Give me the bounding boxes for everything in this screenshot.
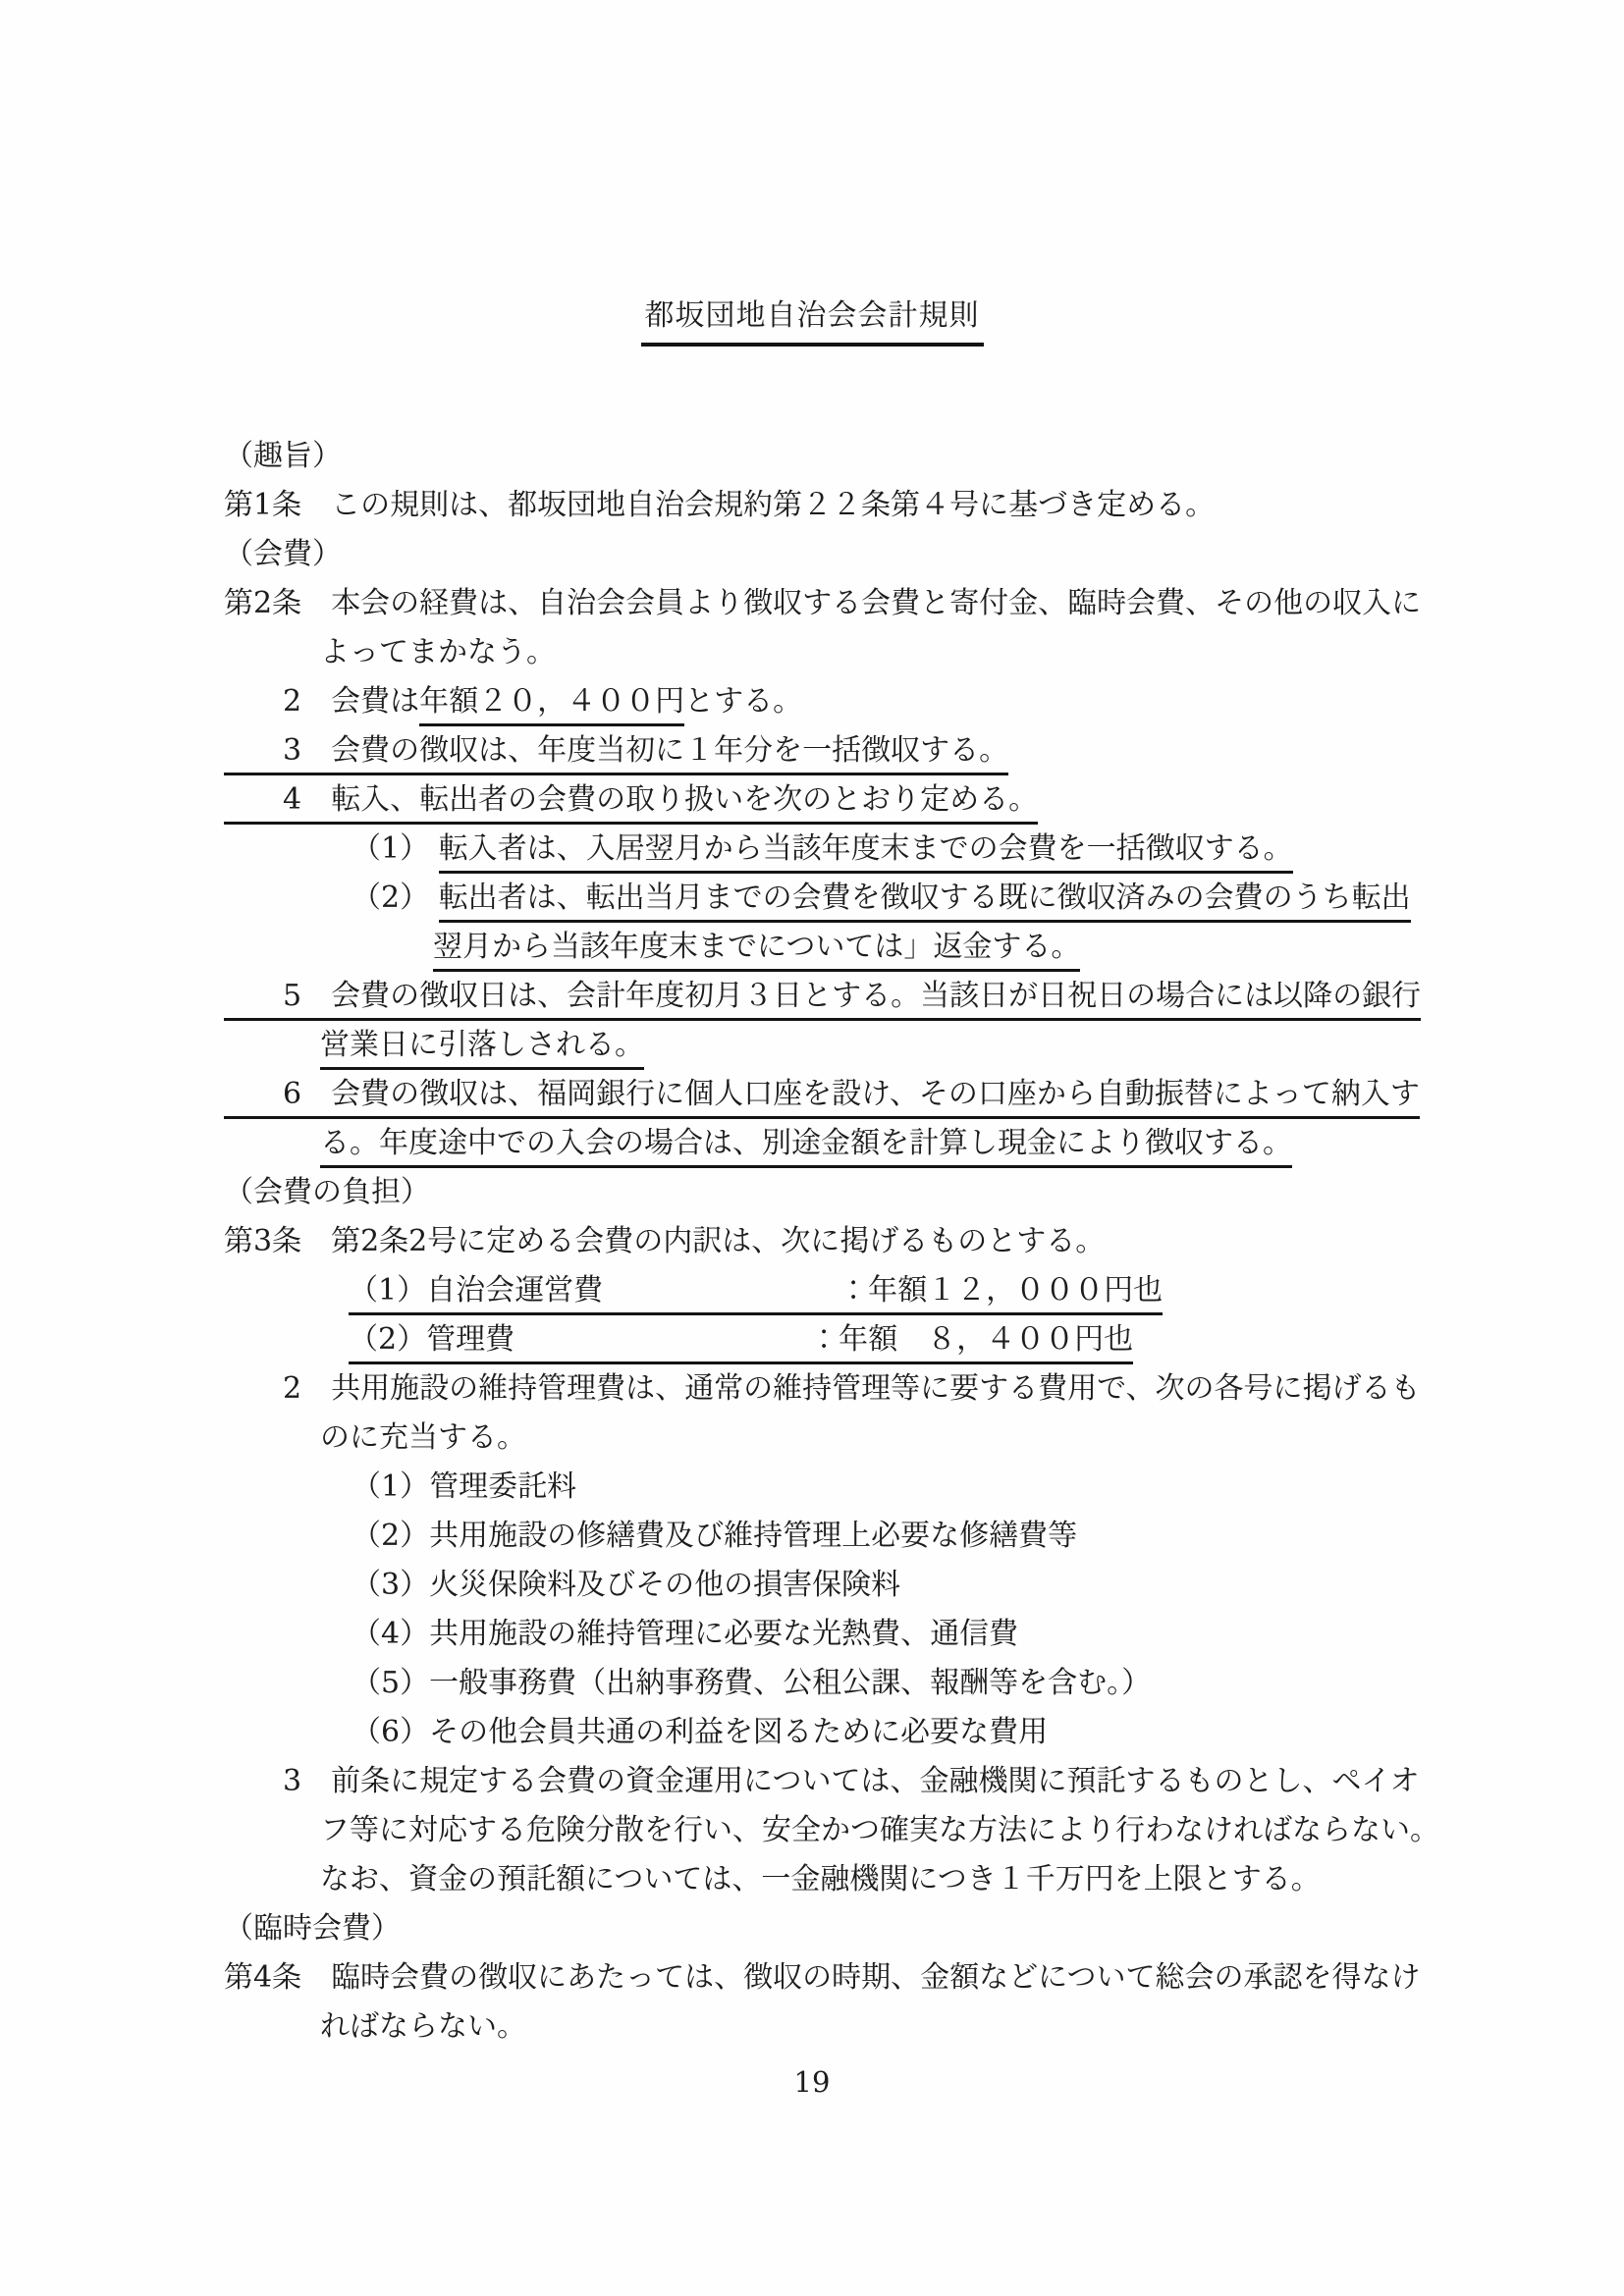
document-line: る。年度途中での入会の場合は、別途金額を計算し現金により徴収する。: [320, 1119, 1624, 1168]
document-line: 第4条 臨時会費の徴収にあたっては、徴収の時期、金額などについて総会の承認を得な…: [224, 1953, 1624, 2002]
text: 第2条 本会の経費は、自治会会員より徴収する会費と寄付金、臨時会費、その他の収入…: [224, 586, 1421, 620]
underlined-text: 4 転入、転出者の会費の取り扱いを次のとおり定める。: [224, 782, 1038, 825]
text: フ等に対応する危険分散を行い、安全かつ確実な方法により行わなければならない。: [320, 1813, 1439, 1847]
text: （3）火災保険料及びその他の損害保険料: [352, 1568, 900, 1602]
text: （会費）: [224, 537, 342, 571]
underlined-text: （1）自治会運営費 ：年額１２，０００円也: [349, 1273, 1163, 1315]
text: よってまかなう。: [320, 635, 556, 669]
document-line: 4 転入、転出者の会費の取り扱いを次のとおり定める。: [224, 775, 1624, 825]
text: 3 前条に規定する会費の資金運用については、金融機関に預託するものとし、ペイオ: [224, 1764, 1420, 1798]
underlined-text: 翌月から当該年度末までについては」返金する。: [433, 930, 1080, 972]
underlined-text: 3 会費の徴収は、年度当初に１年分を一括徴収する。: [224, 733, 1008, 775]
underlined-text: 営業日に引落しされる。: [320, 1028, 644, 1070]
document-line: （5）一般事務費（出納事務費、公租公課、報酬等を含む。）: [352, 1659, 1624, 1708]
text: （2）: [352, 881, 439, 915]
document-line: 翌月から当該年度末までについては」返金する。: [433, 923, 1624, 972]
text: （2）共用施設の修繕費及び維持管理上必要な修繕費等: [352, 1519, 1077, 1553]
text: 2 会費は: [224, 684, 419, 719]
text: 第4条 臨時会費の徴収にあたっては、徴収の時期、金額などについて総会の承認を得な…: [224, 1960, 1421, 1995]
document-line: よってまかなう。: [320, 628, 1624, 677]
document-line: 3 会費の徴収は、年度当初に１年分を一括徴収する。: [224, 726, 1624, 775]
text: なお、資金の預託額については、一金融機関につき１千万円を上限とする。: [320, 1862, 1321, 1896]
underlined-text: 転出者は、転出当月までの会費を徴収する既に徴収済みの会費のうち転出: [439, 881, 1411, 923]
document-line: フ等に対応する危険分散を行い、安全かつ確実な方法により行わなければならない。: [320, 1806, 1624, 1855]
document-title: 都坂団地自治会会計規則: [641, 291, 984, 347]
document-line: ればならない。: [320, 2002, 1624, 2052]
document-line: （臨時会費）: [224, 1904, 1624, 1953]
document-page: 都坂団地自治会会計規則 （趣旨）第1条 この規則は、都坂団地自治会規約第２２条第…: [0, 0, 1624, 2296]
document-line: 営業日に引落しされる。: [320, 1021, 1624, 1070]
document-line: 5 会費の徴収日は、会計年度初月３日とする。当該日が日祝日の場合には以降の銀行: [224, 972, 1624, 1021]
text: （1）管理委託料: [352, 1469, 576, 1504]
text: 第1条 この規則は、都坂団地自治会規約第２２条第４号に基づき定める。: [224, 488, 1215, 522]
text: （趣旨）: [224, 439, 342, 473]
underlined-text: 5 会費の徴収日は、会計年度初月３日とする。当該日が日祝日の場合には以降の銀行: [224, 979, 1421, 1021]
document-line: （2）共用施設の修繕費及び維持管理上必要な修繕費等: [352, 1512, 1624, 1561]
document-line: 2 共用施設の維持管理費は、通常の維持管理等に要する費用で、次の各号に掲げるも: [224, 1364, 1624, 1414]
document-line: のに充当する。: [320, 1414, 1624, 1463]
document-line: （趣旨）: [224, 432, 1624, 481]
text: （5）一般事務費（出納事務費、公租公課、報酬等を含む。）: [352, 1666, 1151, 1700]
document-line: 第2条 本会の経費は、自治会会員より徴収する会費と寄付金、臨時会費、その他の収入…: [224, 579, 1624, 628]
document-line: （1）管理委託料: [352, 1463, 1624, 1512]
document-line: （4）共用施設の維持管理に必要な光熱費、通信費: [352, 1610, 1624, 1659]
text: のに充当する。: [320, 1420, 526, 1455]
underlined-text: る。年度途中での入会の場合は、別途金額を計算し現金により徴収する。: [320, 1126, 1292, 1168]
page-number: 19: [0, 2065, 1624, 2099]
underlined-text: （2）管理費 ：年額 ８，４００円也: [349, 1322, 1133, 1364]
text: とする。: [684, 684, 802, 719]
text: ればならない。: [320, 2009, 526, 2044]
document-line: （6）その他会員共通の利益を図るために必要な費用: [352, 1708, 1624, 1757]
document-line: 6 会費の徴収は、福岡銀行に個人口座を設け、その口座から自動振替によって納入す: [224, 1070, 1624, 1119]
text: （6）その他会員共通の利益を図るために必要な費用: [352, 1715, 1048, 1749]
underlined-text: 6 会費の徴収は、福岡銀行に個人口座を設け、その口座から自動振替によって納入す: [224, 1077, 1420, 1119]
document-line: 第3条 第2条2号に定める会費の内訳は、次に掲げるものとする。: [224, 1217, 1624, 1266]
document-line: （1）自治会運営費 ：年額１２，０００円也: [349, 1266, 1624, 1315]
document-body: （趣旨）第1条 この規則は、都坂団地自治会規約第２２条第４号に基づき定める。（会…: [0, 432, 1624, 2052]
underlined-text: 年額２０，４００円: [419, 684, 684, 726]
document-title-row: 都坂団地自治会会計規則: [0, 291, 1624, 347]
document-line: （会費の負担）: [224, 1168, 1624, 1217]
text: （臨時会費）: [224, 1911, 401, 1946]
underlined-text: 転入者は、入居翌月から当該年度末までの会費を一括徴収する。: [439, 831, 1293, 874]
document-line: 2 会費は年額２０，４００円とする。: [224, 677, 1624, 726]
document-line: 3 前条に規定する会費の資金運用については、金融機関に預託するものとし、ペイオ: [224, 1757, 1624, 1806]
document-line: （3）火災保険料及びその他の損害保険料: [352, 1561, 1624, 1610]
text: （4）共用施設の維持管理に必要な光熱費、通信費: [352, 1617, 1018, 1651]
text: 第3条 第2条2号に定める会費の内訳は、次に掲げるものとする。: [224, 1224, 1105, 1258]
text: （会費の負担）: [224, 1175, 430, 1209]
document-line: なお、資金の預託額については、一金融機関につき１千万円を上限とする。: [320, 1855, 1624, 1904]
document-line: （2） 転出者は、転出当月までの会費を徴収する既に徴収済みの会費のうち転出: [352, 874, 1624, 923]
document-line: （1） 転入者は、入居翌月から当該年度末までの会費を一括徴収する。: [352, 825, 1624, 874]
document-line: 第1条 この規則は、都坂団地自治会規約第２２条第４号に基づき定める。: [224, 481, 1624, 530]
text: （1）: [352, 831, 439, 866]
text: 2 共用施設の維持管理費は、通常の維持管理等に要する費用で、次の各号に掲げるも: [224, 1371, 1421, 1406]
document-line: （会費）: [224, 530, 1624, 579]
document-line: （2）管理費 ：年額 ８，４００円也: [349, 1315, 1624, 1364]
